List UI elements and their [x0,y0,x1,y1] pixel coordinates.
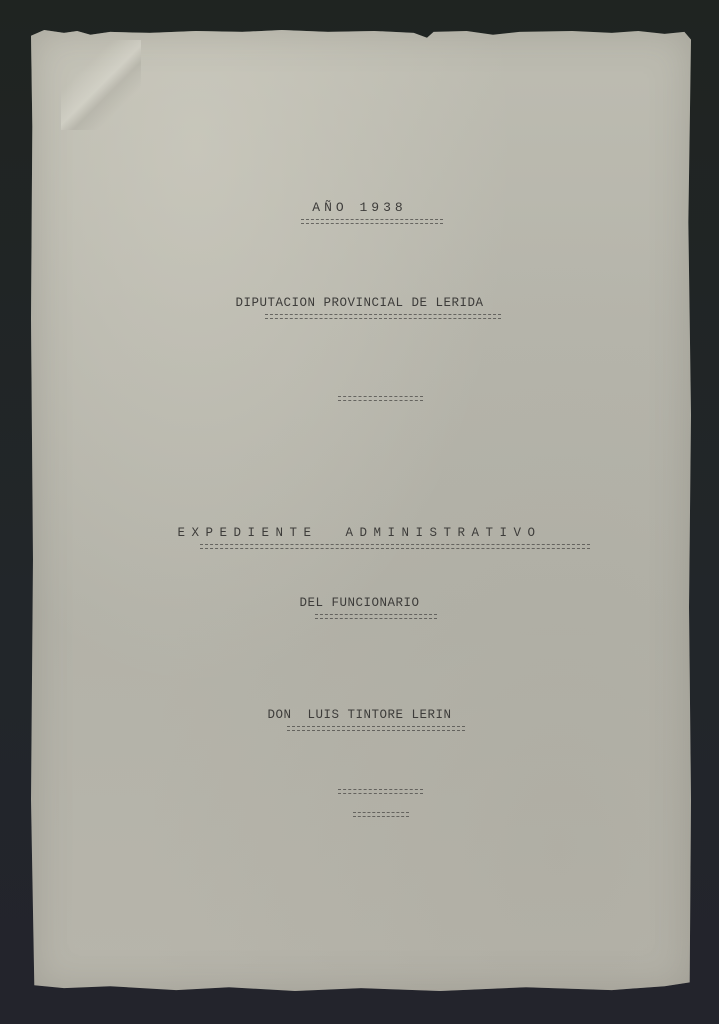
subtitle-heading: DEL FUNCIONARIO [0,596,719,610]
institution-heading: DIPUTACION PROVINCIAL DE LERIDA [0,296,719,310]
year-heading: AÑO 1938 [0,200,719,215]
closing-rule-2 [353,812,409,817]
year-underline [301,219,443,224]
institution-underline [265,314,501,319]
bleed-through-watermark [200,478,540,514]
title-heading: EXPEDIENTE ADMINISTRATIVO [0,526,719,540]
separator-rule [338,396,423,401]
official-name: DON LUIS TINTORE LERIN [0,708,719,722]
closing-rule-1 [338,789,423,794]
name-underline [287,726,465,731]
title-underline [200,544,590,549]
paper-fold-crease [61,40,141,130]
subtitle-underline [315,614,437,619]
